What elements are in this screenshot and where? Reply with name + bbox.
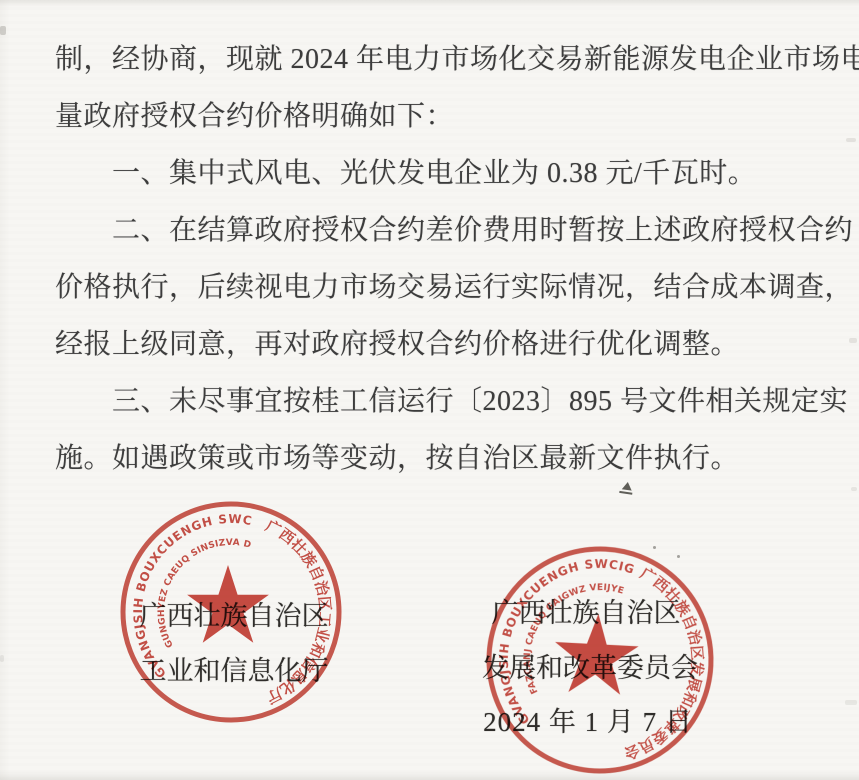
body-line-2: 量政府授权合约价格明确如下： <box>55 88 821 145</box>
body-line-8: 施。如遇政策或市场等变动，按自治区最新文件执行。 <box>55 430 821 487</box>
svg-text:GVANGJSIH BOUXCUENGH SWCIGIH: GVANGJSIH BOUXCUENGH SWCIGIH <box>478 538 638 732</box>
seal-ring-latin-outer: GVANGJSIH BOUXCUENGH SWCIGIH <box>478 538 638 732</box>
scan-artifact <box>0 655 4 662</box>
scan-artifact <box>849 338 857 343</box>
body-line-4: 二、在结算政府授权合约差价费用时暂按上述政府授权合约 <box>55 202 821 259</box>
scan-artifact <box>0 26 6 35</box>
body-line-5: 价格执行，后续视电力市场交易运行实际情况，结合成本调查， <box>55 259 821 316</box>
body-line-7: 三、未尽事宜按桂工信运行〔2023〕895 号文件相关规定实 <box>55 373 821 430</box>
seal-ring-chinese: 广西壮族自治区发展和改革委员会 <box>621 563 711 766</box>
official-seal-left: GVANGJSIH BOUXCUENGH SWCIGIH GUNGHYEZ CA… <box>118 499 344 725</box>
body-line-6: 经报上级同意，再对政府授权合约价格进行优化调整。 <box>55 316 821 373</box>
svg-text:广西壮族自治区发展和改革委员会: 广西壮族自治区发展和改革委员会 <box>621 563 711 766</box>
document-body: 制，经协商，现就 2024 年电力市场化交易新能源发电企业市场电 量政府授权合约… <box>55 31 821 487</box>
star-icon <box>187 565 269 643</box>
scan-speck <box>677 555 680 558</box>
scan-artifact <box>846 138 856 142</box>
star-icon <box>553 612 641 696</box>
scan-artifact <box>851 487 857 491</box>
seal-ring-chinese: 广西壮族自治区工业和信息化厅 <box>263 517 334 706</box>
body-line-1: 制，经协商，现就 2024 年电力市场化交易新能源发电企业市场电 <box>55 31 821 88</box>
scan-speck <box>653 546 656 549</box>
scan-artifact <box>845 700 857 705</box>
body-line-3: 一、集中式风电、光伏发电企业为 0.38 元/千瓦时。 <box>55 145 821 202</box>
svg-text:广西壮族自治区工业和信息化厅: 广西壮族自治区工业和信息化厅 <box>263 517 334 706</box>
handwritten-mark <box>621 481 634 494</box>
document-page: 制，经协商，现就 2024 年电力市场化交易新能源发电企业市场电 量政府授权合约… <box>0 0 859 780</box>
official-seal-right: GVANGJSIH BOUXCUENGH SWCIGIH FAZCANJ CAE… <box>478 538 722 780</box>
